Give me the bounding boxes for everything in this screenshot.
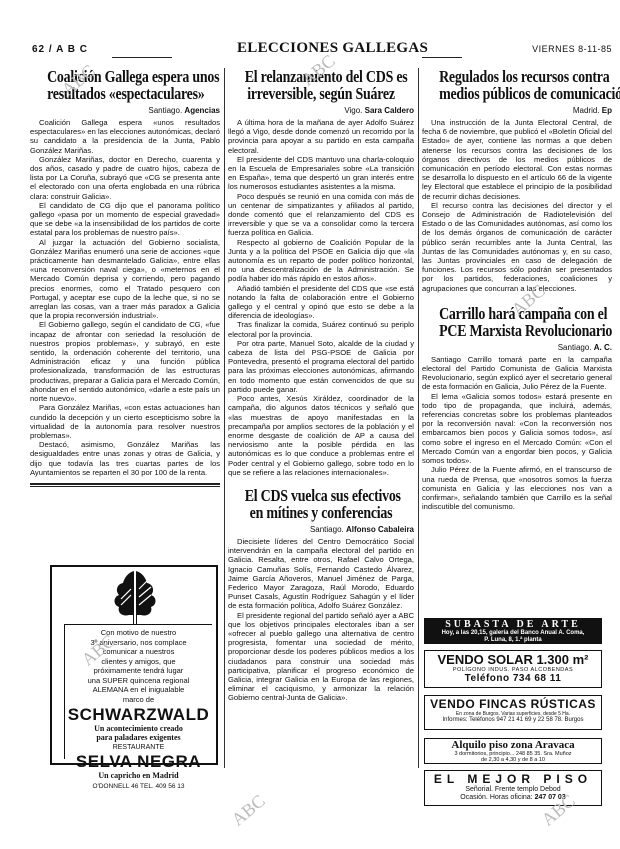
headline-line: en mítines y conferencias (245, 504, 398, 521)
ad-line: comunicar a nuestros (65, 647, 212, 657)
article-carrillo: Carrillo hará campaña con el PCE Marxist… (422, 305, 612, 511)
article-body: A última hora de la mañana de ayer Adolf… (228, 118, 414, 477)
byline: Madrid. Ep (422, 106, 612, 115)
ad-line: P. Luna, 8, 1.ª planta (424, 637, 602, 644)
paragraph: Al juzgar la actuación del Gobierno soci… (30, 238, 220, 321)
byline: Santiago. A. C. (422, 343, 612, 352)
ad-line: ALEMANA en el inigualable (65, 685, 212, 695)
header-rule (422, 57, 462, 58)
paragraph: Tras finalizar la comida, Suárez continu… (228, 320, 414, 338)
ad-title: VENDO FINCAS RÚSTICAS (425, 698, 601, 711)
article-cds-mitines: El CDS vuelca sus efectivos en mítines y… (228, 487, 414, 703)
byline-source: Alfonso Cabaleira (346, 525, 414, 534)
column-divider (224, 68, 225, 768)
byline: Vigo. Sara Caldero (228, 106, 414, 115)
ad-inner-frame: Con motivo de nuestro 3º aniversario, no… (64, 624, 212, 759)
paragraph: Por otra parte, Manuel Soto, alcalde de … (228, 339, 414, 394)
paragraph: Añadió también el presidente del CDS que… (228, 284, 414, 321)
paragraph: Poco después se reunió en una comida con… (228, 192, 414, 238)
article-body: Una instrucción de la Junta Electoral Ce… (422, 118, 612, 293)
ad-line: clientes y amigos, que (65, 657, 212, 667)
byline-place: Santiago. (148, 106, 182, 115)
paragraph: Julio Pérez de la Fuente afirmó, en el t… (422, 465, 612, 511)
paragraph: Poco antes, Xesús Xiráldez, coordinador … (228, 394, 414, 477)
headline: Carrillo hará campaña con el PCE Marxist… (439, 305, 595, 339)
tree-icon (107, 569, 163, 624)
byline-source: Ep (602, 106, 612, 115)
paragraph: Diecisiete líderes del Centro Democrátic… (228, 537, 414, 611)
headline: Regulados los recursos contra medios púb… (439, 68, 595, 102)
paragraph: Coalición Gallega espera «unos resultado… (30, 118, 220, 155)
headline-line: Coalición Gallega espera unos (47, 68, 203, 85)
ad-restaurant-tagline: Un capricho en Madrid (65, 771, 212, 780)
ad-vendo-solar: VENDO SOLAR 1.300 m² POLÍGONO INDUS. PAS… (424, 650, 602, 688)
ad-line: próximamente tendrá lugar (65, 666, 212, 676)
paragraph: A última hora de la mañana de ayer Adolf… (228, 118, 414, 155)
headline-line: Regulados los recursos contra (439, 68, 595, 85)
paragraph: Destacó, asimismo, González Mariñas las … (30, 440, 220, 477)
headline: El relanzamiento del CDS es irreversible… (245, 68, 398, 102)
article-body: Coalición Gallega espera «unos resultado… (30, 118, 220, 477)
article-body: Diecisiete líderes del Centro Democrátic… (228, 537, 414, 703)
header-rule (112, 57, 172, 58)
headline: El CDS vuelca sus efectivos en mítines y… (245, 487, 398, 521)
ad-tagline: para paladares exigentes (65, 733, 212, 742)
byline-source: A. C. (594, 343, 612, 352)
watermark: ABC (228, 791, 270, 831)
ad-line: Señorial. Frente templo Debod (425, 786, 601, 794)
ad-title: Alquilo piso zona Aravaca (425, 739, 601, 751)
byline-source: Agencias (184, 106, 220, 115)
issue-date: VIERNES 8-11-85 (532, 44, 612, 54)
byline-place: Madrid. (573, 106, 600, 115)
ad-line: Con motivo de nuestro (65, 628, 212, 638)
paragraph: Para González Mariñas, «con estas actuac… (30, 403, 220, 440)
headline-line: El relanzamiento del CDS es (245, 68, 398, 85)
headline: Coalición Gallega espera unos resultados… (47, 68, 203, 102)
ad-line: Ocasión. Horas oficina: 247 07 03 (425, 794, 601, 802)
article-coalicion-gallega: Coalición Gallega espera unos resultados… (30, 68, 220, 493)
paragraph: El presidente del CDS mantuvo una charla… (228, 155, 414, 192)
headline-line: irreversible, según Suárez (245, 85, 398, 102)
byline-source: Sara Caldero (365, 106, 414, 115)
column-divider (418, 68, 419, 768)
ad-schwarzwald: Con motivo de nuestro 3º aniversario, no… (50, 565, 218, 765)
ad-line: una SUPER quincena regional (65, 676, 212, 686)
ad-tagline: Un acontecimiento creado (65, 724, 212, 733)
ad-mejor-piso: EL MEJOR PISO Señorial. Frente templo De… (424, 770, 602, 806)
ad-title: SUBASTA DE ARTE (424, 619, 602, 630)
byline-place: Santiago. (558, 343, 592, 352)
section-rule (30, 483, 220, 487)
ad-line: 3º aniversario, nos complace (65, 638, 212, 648)
ad-line: Hoy, a las 20,15, galería del Banco Anua… (424, 630, 602, 637)
article-cds-suarez: El relanzamiento del CDS es irreversible… (228, 68, 414, 703)
ad-phone: Informes: Teléfonos 947 21 41 69 y 22 58… (425, 717, 601, 723)
byline-place: Vigo. (344, 106, 362, 115)
ad-restaurant-label: RESTAURANTE (65, 744, 212, 751)
paragraph: El lema «Galicia somos todos» estará pre… (422, 392, 612, 466)
byline: Santiago. Alfonso Cabaleira (228, 525, 414, 534)
ad-line: de 2,30 a 4,30 y de 8 a 10 (425, 757, 601, 763)
headline-line: resultados «espectaculares» (47, 85, 203, 102)
headline-line: PCE Marxista Revolucionario (439, 322, 595, 339)
section-title: ELECCIONES GALLEGAS (237, 40, 428, 57)
ad-title: VENDO SOLAR 1.300 m² (425, 653, 601, 667)
ad-phone-label: Ocasión. Horas oficina: (460, 794, 532, 801)
paragraph: González Mariñas, doctor en Derecho, cua… (30, 155, 220, 201)
ad-title: EL MEJOR PISO (425, 773, 601, 786)
page-number: 62 / A B C (32, 44, 88, 55)
paragraph: El recurso contra las decisiones del dir… (422, 201, 612, 293)
byline: Santiago. Agencias (30, 106, 220, 115)
paragraph: Respecto al gobierno de Coalición Popula… (228, 238, 414, 284)
ad-restaurant-name: SELVA NEGRA (65, 753, 212, 771)
ad-message: Con motivo de nuestro 3º aniversario, no… (65, 628, 212, 704)
article-recursos: Regulados los recursos contra medios púb… (422, 68, 612, 511)
ad-address: O'DONNELL 46 TEL. 409 56 13 (65, 783, 212, 790)
ad-phone: 247 07 03 (535, 794, 566, 801)
page-header: 62 / A B C ELECCIONES GALLEGAS VIERNES 8… (32, 40, 612, 60)
paragraph: El candidato de CG dijo que el panorama … (30, 201, 220, 238)
ad-subasta-arte: SUBASTA DE ARTE Hoy, a las 20,15, galerí… (424, 618, 602, 644)
headline-line: Carrillo hará campaña con el (439, 305, 595, 322)
paragraph: Santiago Carrillo tomará parte en la cam… (422, 355, 612, 392)
ad-brand: SCHWARZWALD (65, 706, 212, 724)
paragraph: El Gobierno gallego, según el candidato … (30, 320, 220, 403)
ad-phone: Teléfono 734 68 11 (425, 673, 601, 684)
byline-place: Santiago. (310, 525, 344, 534)
ad-vendo-fincas: VENDO FINCAS RÚSTICAS En zona de Burgos.… (424, 695, 602, 730)
ad-line: marco de (65, 695, 212, 705)
paragraph: Una instrucción de la Junta Electoral Ce… (422, 118, 612, 201)
headline-line: medios públicos de comunicación (439, 85, 595, 102)
paragraph: El presidente regional del partido señal… (228, 611, 414, 703)
headline-line: El CDS vuelca sus efectivos (245, 487, 398, 504)
ad-alquilo-piso: Alquilo piso zona Aravaca 3 dormitorios,… (424, 738, 602, 764)
article-body: Santiago Carrillo tomará parte en la cam… (422, 355, 612, 511)
